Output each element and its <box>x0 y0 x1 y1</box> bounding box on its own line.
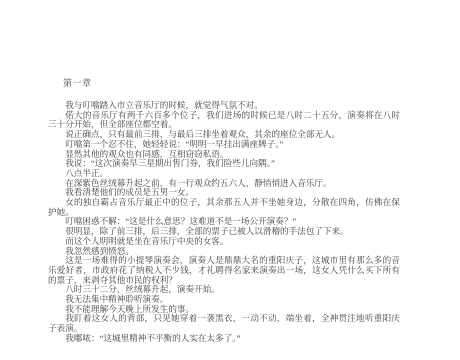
paragraph: 这是一场难得的小提琴演奏会，演奏人是鼎鼎大名的重阳庆子，这城市里有那么多的音乐爱… <box>48 256 400 285</box>
paragraph: 女的独自霸占音乐厅最正中的位子，其余那五人并不坐她身边，分散在四角，仿佛在保护她… <box>48 198 400 217</box>
paragraph: 我嘟哝：“这城里精神不平衡的人实在太多了。” <box>48 334 400 344</box>
chapter-heading: 第一章 <box>63 78 92 89</box>
book-page: 第一章 我与叮噹踏入市立音乐厅的时候，就觉得气氛不对。偌大的音乐厅有两千六百多个… <box>0 0 460 360</box>
paragraph: 偌大的音乐厅有两千六百多个位子，我们进场的时候已是八时二十五分，演奏将在八时三十… <box>48 111 400 130</box>
paragraph: 我盯着这女人的背部，只见她穿着一袭黑衣，一动不动，端坐着，全神贯注地听重阳庆子表… <box>48 314 400 333</box>
chapter-text: 我与叮噹踏入市立音乐厅的时候，就觉得气氛不对。偌大的音乐厅有两千六百多个位子，我… <box>48 101 400 344</box>
